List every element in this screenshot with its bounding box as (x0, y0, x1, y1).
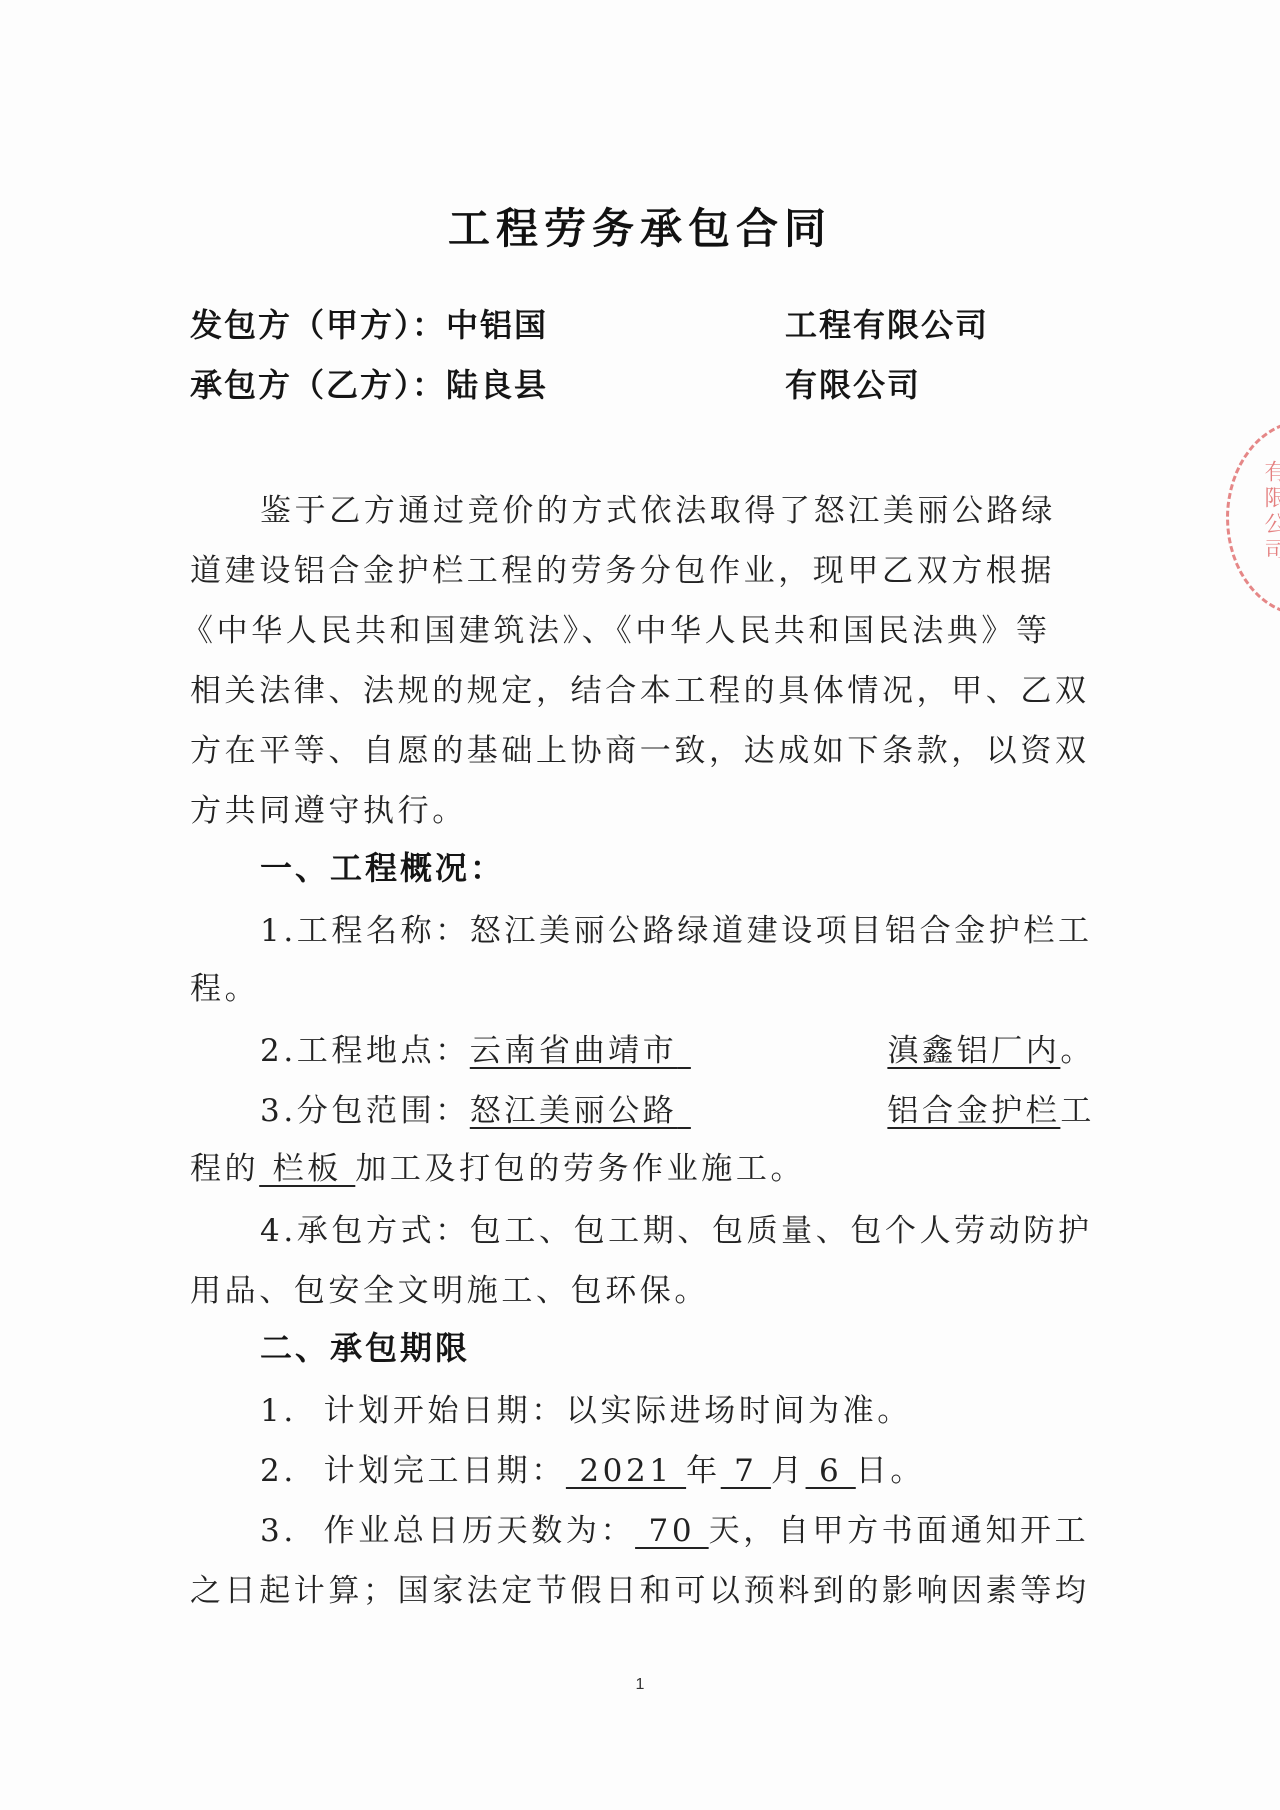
total-days-prefix: 3. 作业总日历天数为： (260, 1513, 635, 1549)
completion-prefix: 2. 计划完工日期： (260, 1453, 566, 1489)
project-name-line: 1.工程名称：怒江美丽公路绿道建设项目铝合金护栏工 (260, 905, 1090, 950)
scope-blank (677, 1093, 887, 1129)
contract-page: 有限公司 工程劳务承包合同 发包方（甲方）：中铝国 工程有限公司 承包方（乙方）… (0, 0, 1280, 1810)
section-heading-overview: 一、工程概况： (260, 843, 505, 889)
scope-line2-suffix: 加工及打包的劳务作业施工。 (355, 1151, 805, 1187)
completion-day: 6 (806, 1453, 856, 1489)
seal-text: 有限公司 (1258, 460, 1280, 564)
total-days-suffix: 天，自甲方书面通知开工 (709, 1513, 1090, 1549)
section-heading-period: 二、承包期限 (260, 1323, 470, 1369)
contract-mode-line: 4.承包方式：包工、包工期、包质量、包个人劳动防护 (260, 1205, 1090, 1250)
day-label: 日。 (856, 1453, 925, 1489)
location-blank (677, 1033, 887, 1069)
completion-month: 7 (721, 1453, 771, 1489)
preamble-line: 道建设铝合金护栏工程的劳务分包作业，现甲乙双方根据 (190, 545, 1090, 590)
party-a-label: 发包方（甲方）：中铝国 (190, 306, 548, 344)
preamble-line: 方共同遵守执行。 (190, 785, 1090, 830)
start-date-line: 1. 计划开始日期：以实际进场时间为准。 (260, 1385, 1090, 1430)
party-b-label: 承包方（乙方）：陆良县 (190, 366, 548, 404)
contract-mode-line: 用品、包安全文明施工、包环保。 (190, 1265, 1090, 1310)
preamble-line: 鉴于乙方通过竞价的方式依法取得了怒江美丽公路绿 (260, 485, 1090, 530)
scope-value-3: 栏板 (259, 1151, 355, 1187)
scope-line2-prefix: 程的 (190, 1151, 259, 1187)
location-value-1: 云南省曲靖市 (470, 1033, 678, 1069)
project-location: 2.工程地点：云南省曲靖市 滇鑫铝厂内。 (260, 1025, 1090, 1070)
location-prefix: 2.工程地点： (260, 1033, 470, 1069)
party-b-suffix: 有限公司 (785, 360, 921, 406)
project-name-line: 程。 (190, 963, 1090, 1008)
preamble-line: 《中华人民共和国建筑法》、《中华人民共和国民法典》等 (182, 605, 1082, 650)
total-days-line2: 之日起计算；国家法定节假日和可以预料到的影响因素等均 (190, 1565, 1090, 1610)
completion-date-line: 2. 计划完工日期： 2021 年 7 月 6 日。 (260, 1445, 1090, 1490)
preamble-line: 方在平等、自愿的基础上协商一致，达成如下条款，以资双 (190, 725, 1090, 770)
month-label: 月 (771, 1453, 806, 1489)
party-a-suffix: 工程有限公司 (785, 300, 989, 346)
party-b: 承包方（乙方）：陆良县 有限公司 (190, 360, 548, 406)
preamble-line: 相关法律、法规的规定，结合本工程的具体情况，甲、乙双 (190, 665, 1090, 710)
scope-value-1: 怒江美丽公路 (470, 1093, 678, 1129)
scope-prefix: 3.分包范围： (260, 1093, 470, 1129)
total-days-line: 3. 作业总日历天数为： 70 天，自甲方书面通知开工 (260, 1505, 1090, 1550)
location-suffix: 。 (1060, 1033, 1095, 1069)
location-value-2: 滇鑫铝厂内 (887, 1033, 1060, 1069)
subcontract-scope-line2: 程的 栏板 加工及打包的劳务作业施工。 (190, 1143, 1090, 1188)
scope-value-2: 铝合金护栏 (887, 1093, 1060, 1129)
total-days-value: 70 (635, 1513, 709, 1549)
document-title: 工程劳务承包合同 (0, 196, 1280, 256)
scope-tail: 工 (1060, 1093, 1095, 1129)
completion-year: 2021 (566, 1453, 686, 1489)
party-a: 发包方（甲方）：中铝国 工程有限公司 (190, 300, 548, 346)
year-label: 年 (686, 1453, 721, 1489)
subcontract-scope: 3.分包范围：怒江美丽公路 铝合金护栏工 (260, 1085, 1090, 1130)
page-number: 1 (0, 1676, 1280, 1694)
